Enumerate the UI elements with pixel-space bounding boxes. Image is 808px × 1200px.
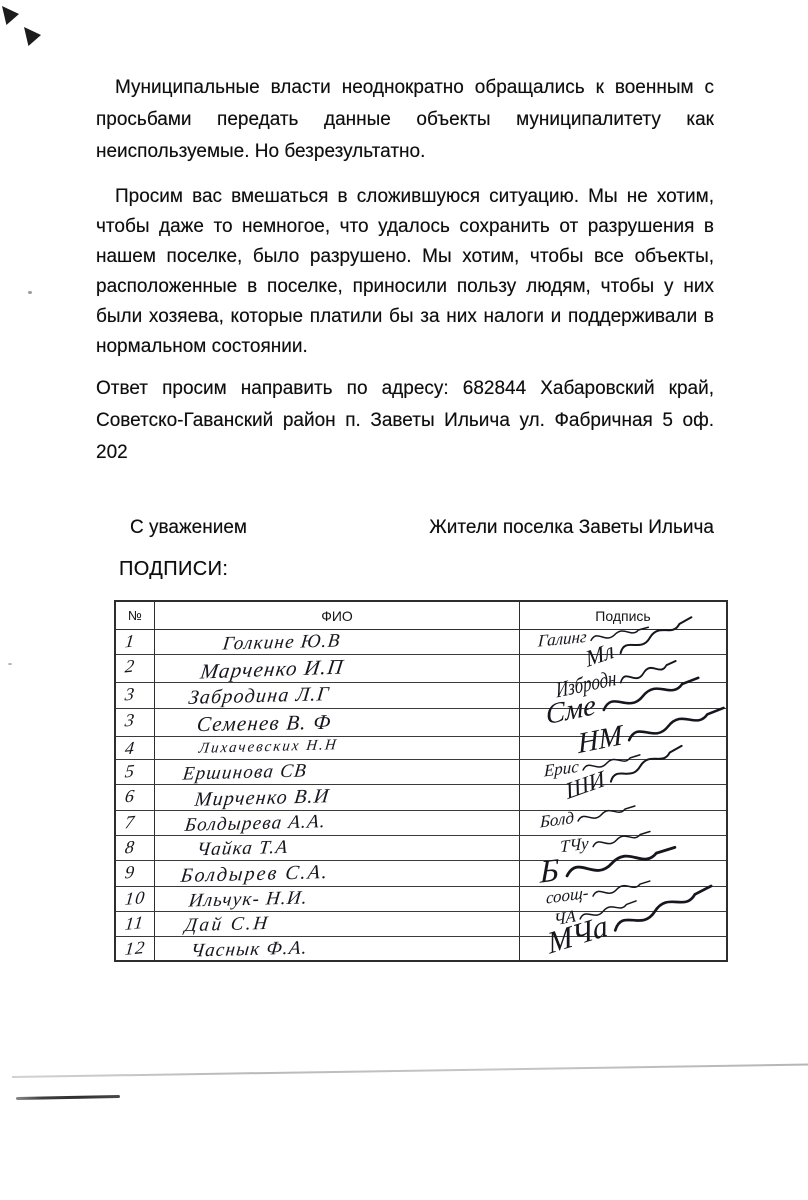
row-number: 9 [124, 862, 137, 884]
table-header-name: ФИО [155, 602, 520, 629]
signer-name: Часнык Ф.А. [190, 937, 309, 962]
row-number-cell: 7 [116, 811, 155, 835]
signer-name-cell: Лихачевских Н.Н [155, 737, 520, 759]
text-line: расположенные в поселке, приносили польз… [96, 272, 714, 302]
signer-name-cell: Чайка Т.А [155, 836, 520, 860]
text-line: нашем поселке, было разрушено. Мы хотим,… [96, 242, 714, 272]
signer-name: Болдырева А.А. [184, 811, 328, 837]
signer-name: Ильчук- Н.И. [188, 887, 310, 912]
signer-name-cell: Дай С.Н [155, 912, 520, 936]
signer-name: Семенев В. Ф [196, 710, 333, 737]
row-number: 3 [124, 710, 137, 732]
signer-name: Мирченко В.И [193, 785, 330, 812]
signature-cell: МЧа [520, 937, 726, 961]
closing-signatories: Жители поселка Заветы Ильича [429, 517, 714, 539]
signatures-table-body: 1 Голкине Ю.В Галинг 2 Марченко И.П Мл [116, 630, 726, 961]
text-line: Муниципальные власти неоднократно обраща… [96, 72, 714, 104]
text-line: нормальном состоянии. [96, 332, 714, 362]
signer-name-cell: Часнык Ф.А. [155, 937, 520, 961]
text-line: Просим вас вмешаться в сложившуюся ситуа… [96, 182, 714, 212]
scan-artifact-line [12, 1063, 808, 1077]
row-number: 11 [124, 912, 146, 935]
table-header-num: № [116, 602, 155, 629]
text-line: чтобы даже то немногое, что удалось сохр… [96, 212, 714, 242]
row-number-cell: 3 [116, 709, 155, 736]
text-line: Советско-Гаванский район п. Заветы Ильич… [96, 405, 714, 437]
signer-name-cell: Болдырев С.А. [155, 861, 520, 886]
signatures-heading: ПОДПИСИ: [119, 558, 228, 581]
row-number-cell: 8 [116, 836, 155, 860]
scanned-petition-page: Муниципальные власти неоднократно обраща… [0, 0, 808, 1200]
signature-text: Б [540, 852, 559, 893]
closing-line: С уважением Жители поселка Заветы Ильича [96, 517, 714, 539]
row-number: 10 [124, 887, 147, 910]
scan-speck [8, 663, 12, 665]
signer-name: Чайка Т.А [196, 837, 290, 861]
row-number-cell: 4 [116, 737, 155, 759]
row-number-cell: 2 [116, 655, 155, 682]
signer-name: Голкине Ю.В [222, 630, 342, 655]
fold-mark-icon [24, 27, 41, 46]
text-line: Ответ просим направить по адресу: 682844… [96, 373, 714, 405]
signer-name-cell: Болдырева А.А. [155, 811, 520, 835]
signer-name-cell: Семенев В. Ф [155, 709, 520, 736]
table-row: 12 Часнык Ф.А. МЧа [116, 937, 726, 961]
text-line: просьбами передать данные объекты муници… [96, 104, 714, 136]
row-number-cell: 5 [116, 760, 155, 784]
signer-name-cell: Ершинова СВ [155, 760, 520, 784]
row-number: 2 [124, 656, 137, 678]
row-number-cell: 10 [116, 887, 155, 911]
row-number-cell: 11 [116, 912, 155, 936]
signer-name: Ершинова СВ [182, 760, 309, 785]
signer-name: Лихачевских Н.Н [198, 737, 339, 758]
signer-name-cell: Забродина Л.Г [155, 683, 520, 708]
row-number: 3 [124, 684, 137, 706]
row-number: 4 [124, 738, 137, 760]
row-number: 12 [124, 937, 147, 960]
paragraph: Муниципальные власти неоднократно обраща… [96, 72, 714, 168]
signer-name: Болдырев С.А. [179, 861, 330, 888]
paragraph: Ответ просим направить по адресу: 682844… [96, 373, 714, 469]
signer-name: Марченко И.П [199, 655, 346, 685]
row-number: 1 [124, 631, 137, 653]
row-number-cell: 1 [116, 630, 155, 654]
closing-salutation: С уважением [130, 517, 247, 539]
signer-name-cell: Мирченко В.И [155, 785, 520, 810]
signatures-table: № ФИО Подпись 1 Голкине Ю.В Галинг 2 Мар… [114, 600, 728, 962]
row-number: 7 [124, 812, 137, 834]
row-number-cell: 6 [116, 785, 155, 810]
signer-name: Забродина Л.Г [187, 683, 330, 710]
row-number-cell: 12 [116, 937, 155, 961]
row-number-cell: 9 [116, 861, 155, 886]
signer-name-cell: Марченко И.П [155, 655, 520, 682]
text-line: неиспользуемые. Но безрезультатно. [96, 136, 714, 168]
row-number: 8 [124, 837, 137, 859]
row-number-cell: 3 [116, 683, 155, 708]
signer-name-cell: Ильчук- Н.И. [155, 887, 520, 911]
scan-artifact-mark [16, 1095, 120, 1100]
text-line: были хозяева, которые платили бы за них … [96, 302, 714, 332]
signature-text: Галинг [538, 627, 588, 652]
paragraph: Просим вас вмешаться в сложившуюся ситуа… [96, 182, 714, 362]
text-line: 202 [96, 437, 714, 469]
row-number: 5 [124, 761, 137, 783]
scan-speck [28, 291, 32, 294]
row-number: 6 [124, 786, 137, 808]
fold-mark-icon [2, 6, 19, 25]
signer-name: Дай С.Н [184, 913, 271, 937]
signer-name-cell: Голкине Ю.В [155, 630, 520, 654]
signature-text: Болд [540, 808, 574, 833]
